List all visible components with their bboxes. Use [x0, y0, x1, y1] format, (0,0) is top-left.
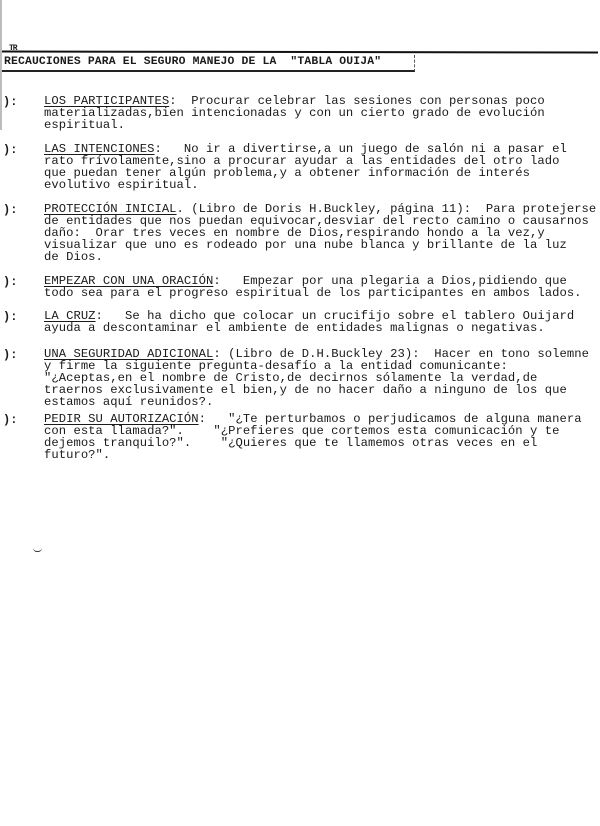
item-text: LAS INTENCIONES: No ir a divertirse,a un… — [44, 143, 584, 191]
item-text: EMPEZAR CON UNA ORACIÓN: Empezar por una… — [44, 275, 584, 299]
item-text: PROTECCIÓN INICIAL. (Libro de Doris H.Bu… — [44, 203, 584, 263]
document-title: RECAUCIONES PARA EL SEGURO MANEJO DE LA … — [4, 56, 381, 68]
item-text: PEDIR SU AUTORIZACIÓN: "¿Te perturbamos … — [44, 413, 584, 461]
item-number: ): — [3, 143, 17, 157]
item-body: Se ha dicho que colocar un crucifijo sob… — [44, 309, 574, 335]
item-number: ): — [3, 203, 17, 217]
item-number: ): — [3, 348, 17, 362]
handwritten-mark: TR — [9, 44, 17, 53]
item-text: LOS PARTICIPANTES: Procurar celebrar las… — [44, 95, 584, 131]
scanned-page: TR RECAUCIONES PARA EL SEGURO MANEJO DE … — [0, 0, 600, 826]
item-number: ): — [3, 310, 17, 324]
item-text: LA CRUZ: Se ha dicho que colocar un cruc… — [44, 310, 584, 334]
item-number: ): — [3, 275, 17, 289]
item-number: ): — [3, 413, 17, 427]
stray-pen-mark — [33, 548, 42, 552]
item-text: UNA SEGURIDAD ADICIONAL: (Libro de D.H.B… — [44, 348, 584, 408]
item-number: ): — [3, 95, 17, 109]
top-rule — [2, 50, 598, 53]
